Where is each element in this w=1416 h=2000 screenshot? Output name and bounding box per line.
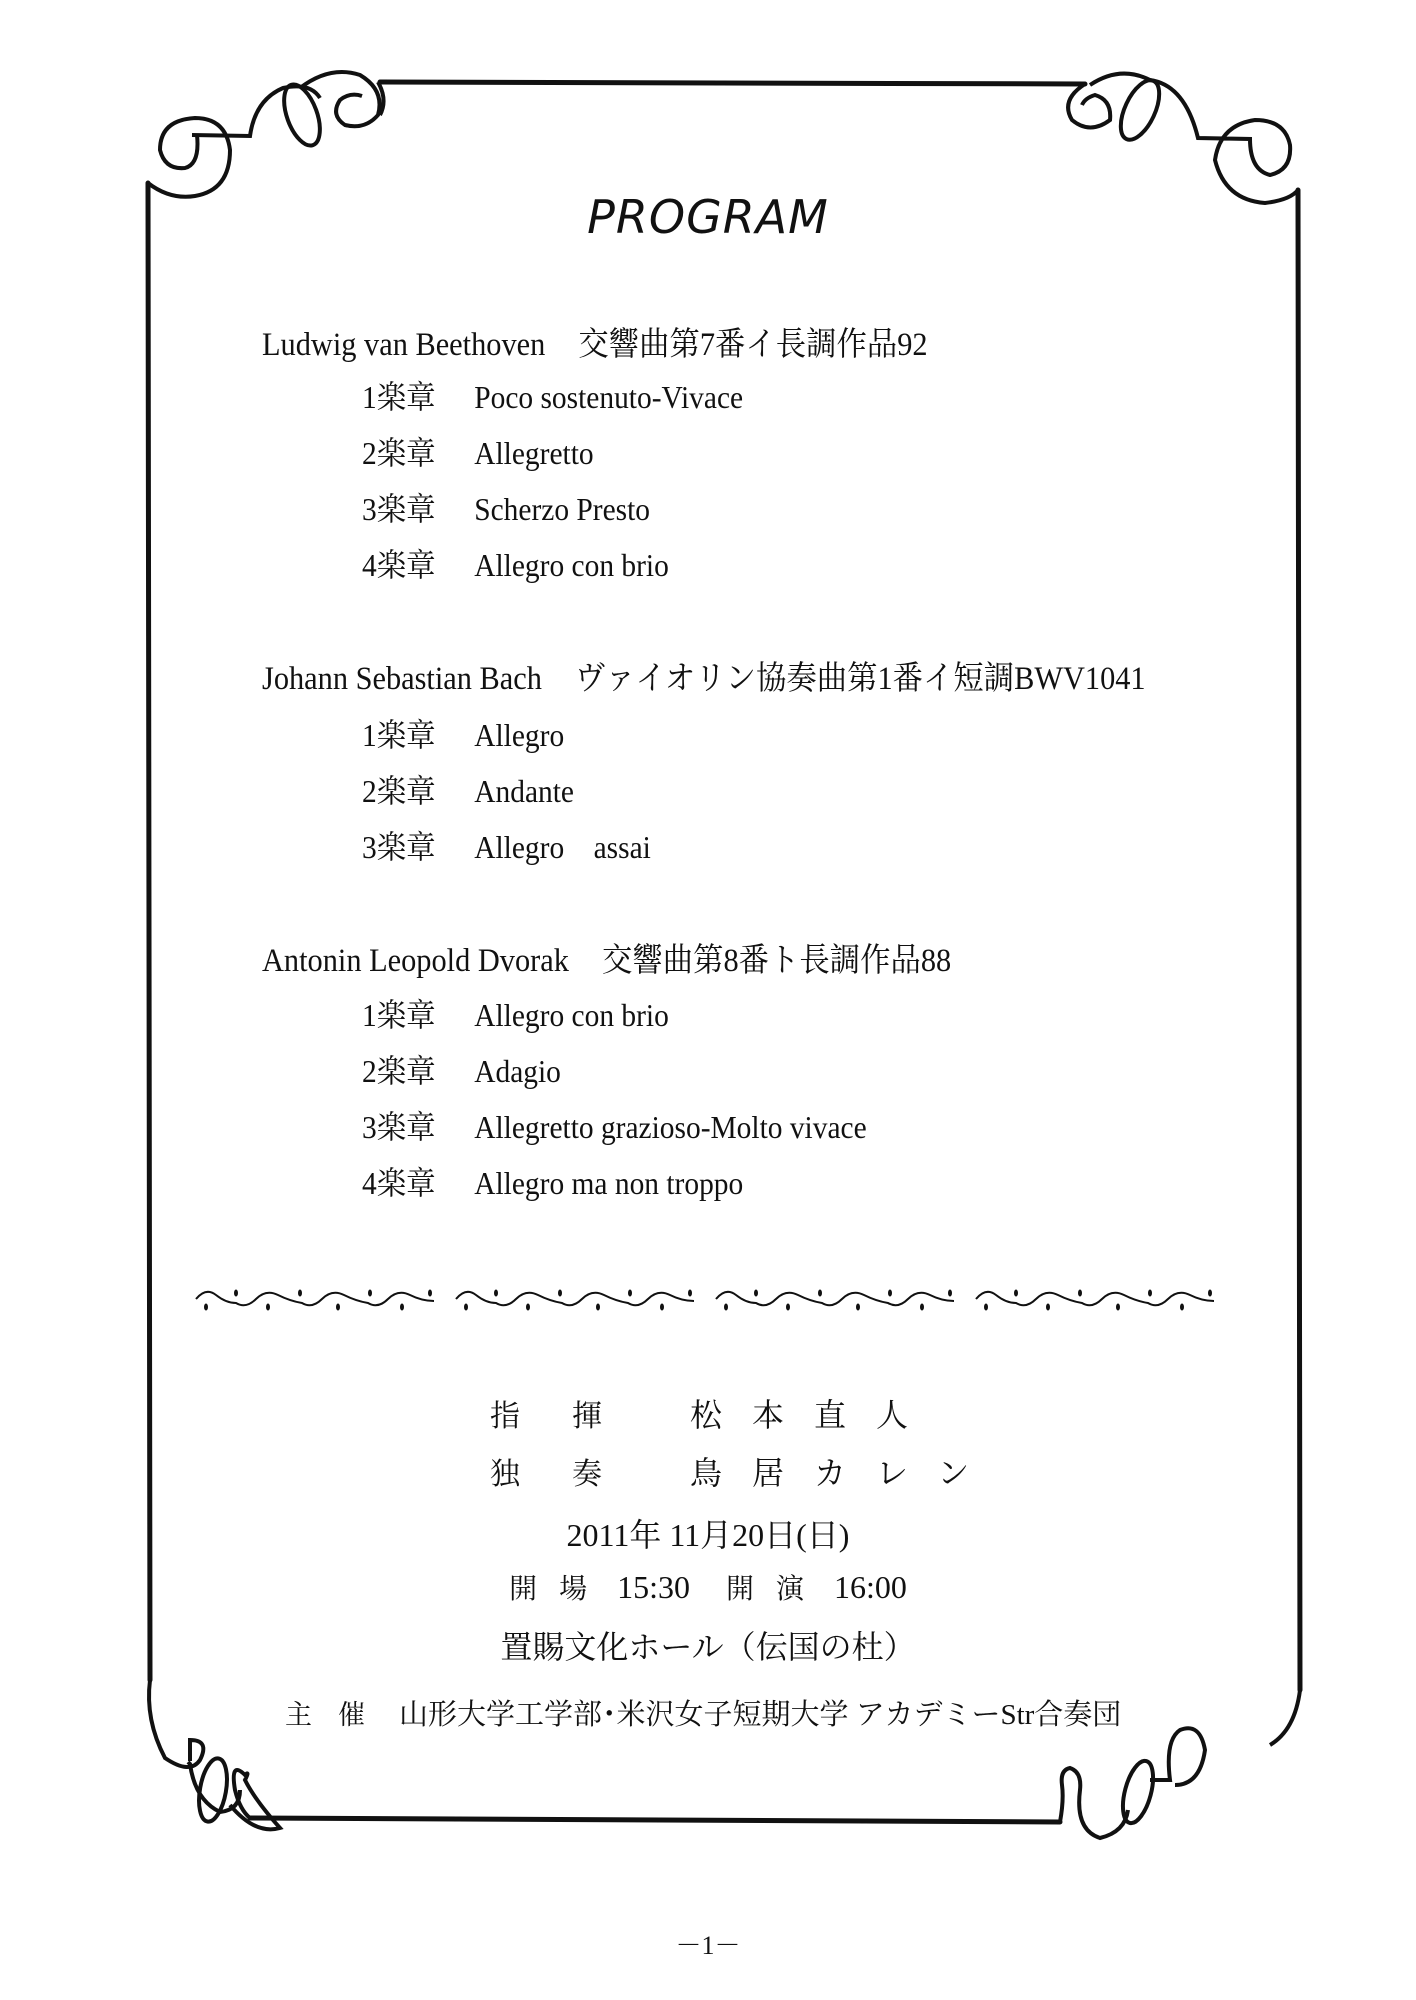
movement-name: Allegro con brio	[474, 997, 669, 1033]
host-organization: 山形大学工学部･米沢女子短期大学 アカデミーStr合奏団	[399, 1699, 1121, 1731]
host-label: 主催	[285, 1700, 391, 1730]
work-title: 交響曲第7番イ長調作品92	[578, 327, 927, 363]
movement-name: Scherzo Presto	[474, 491, 650, 527]
work-title: ヴァイオリン協奏曲第1番イ短調BWV1041	[575, 661, 1146, 697]
movement-row: 1楽章Allegro	[362, 710, 564, 756]
movement-row: 3楽章Allegretto grazioso-Molto vivace	[362, 1102, 867, 1148]
conductor-label: 指揮	[490, 1391, 690, 1435]
venue: 置賜文化ホール（伝国の杜）	[0, 1622, 1416, 1668]
soloist-name: 鳥居カレン	[690, 1448, 999, 1494]
piece-heading: Ludwig van Beethoven交響曲第7番イ長調作品92	[262, 318, 928, 365]
movement-number: 3楽章	[362, 822, 474, 868]
movement-number: 2楽章	[362, 428, 474, 474]
piece-heading: Johann Sebastian Bachヴァイオリン協奏曲第1番イ短調BWV1…	[262, 652, 1146, 699]
movement-number: 2楽章	[362, 1046, 474, 1092]
movement-name: Poco sostenuto-Vivace	[474, 379, 743, 415]
host-row: 主催山形大学工学部･米沢女子短期大学 アカデミーStr合奏団	[285, 1692, 1121, 1733]
movement-row: 3楽章Scherzo Presto	[362, 484, 650, 530]
page-title: PROGRAM	[0, 190, 1416, 244]
movement-row: 4楽章Allegro con brio	[362, 540, 669, 586]
movement-number: 3楽章	[362, 1102, 474, 1148]
composer-name: Ludwig van Beethoven	[262, 327, 545, 363]
soloist-label: 独奏	[490, 1449, 690, 1493]
movement-name: Allegretto grazioso-Molto vivace	[474, 1109, 866, 1145]
conductor-name: 松本直人	[690, 1390, 938, 1436]
work-title: 交響曲第8番ト長調作品88	[602, 943, 951, 979]
movement-row: 2楽章Andante	[362, 766, 574, 812]
movement-number: 4楽章	[362, 540, 474, 586]
movement-row: 1楽章Allegro con brio	[362, 990, 669, 1036]
movement-name: Andante	[474, 773, 574, 809]
piece-heading: Antonin Leopold Dvorak交響曲第8番ト長調作品88	[262, 934, 951, 981]
movement-number: 3楽章	[362, 484, 474, 530]
movement-number: 4楽章	[362, 1158, 474, 1204]
movement-row: 4楽章Allegro ma non troppo	[362, 1158, 743, 1204]
doors-time: 15:30	[617, 1569, 690, 1605]
start-label: 開演	[726, 1574, 826, 1605]
movement-name: Allegretto	[474, 435, 593, 471]
composer-name: Antonin Leopold Dvorak	[262, 943, 569, 979]
movement-name: Allegro assai	[474, 829, 651, 865]
movement-name: Allegro ma non troppo	[474, 1165, 743, 1201]
composer-name: Johann Sebastian Bach	[262, 661, 542, 697]
ornamental-divider	[192, 1285, 1232, 1315]
movement-number: 1楽章	[362, 372, 474, 418]
movement-row: 2楽章Adagio	[362, 1046, 561, 1092]
movement-number: 1楽章	[362, 990, 474, 1036]
start-time: 16:00	[834, 1569, 907, 1605]
movement-number: 1楽章	[362, 710, 474, 756]
movement-name: Allegro con brio	[474, 547, 669, 583]
program-page: PROGRAM Ludwig van Beethoven交響曲第7番イ長調作品9…	[0, 0, 1416, 2000]
conductor-row: 指揮松本直人	[490, 1390, 938, 1436]
event-date: 2011年 11月20日(日)	[0, 1510, 1416, 1556]
movement-row: 1楽章Poco sostenuto-Vivace	[362, 372, 743, 418]
soloist-row: 独奏鳥居カレン	[490, 1448, 999, 1494]
page-number: －1－	[0, 1925, 1416, 1962]
movement-row: 2楽章Allegretto	[362, 428, 594, 474]
movement-name: Adagio	[474, 1053, 561, 1089]
movement-row: 3楽章Allegro assai	[362, 822, 651, 868]
event-times: 開場 15:30 開演 16:00	[0, 1567, 1416, 1607]
movement-name: Allegro	[474, 717, 564, 753]
doors-label: 開場	[509, 1574, 609, 1605]
movement-number: 2楽章	[362, 766, 474, 812]
